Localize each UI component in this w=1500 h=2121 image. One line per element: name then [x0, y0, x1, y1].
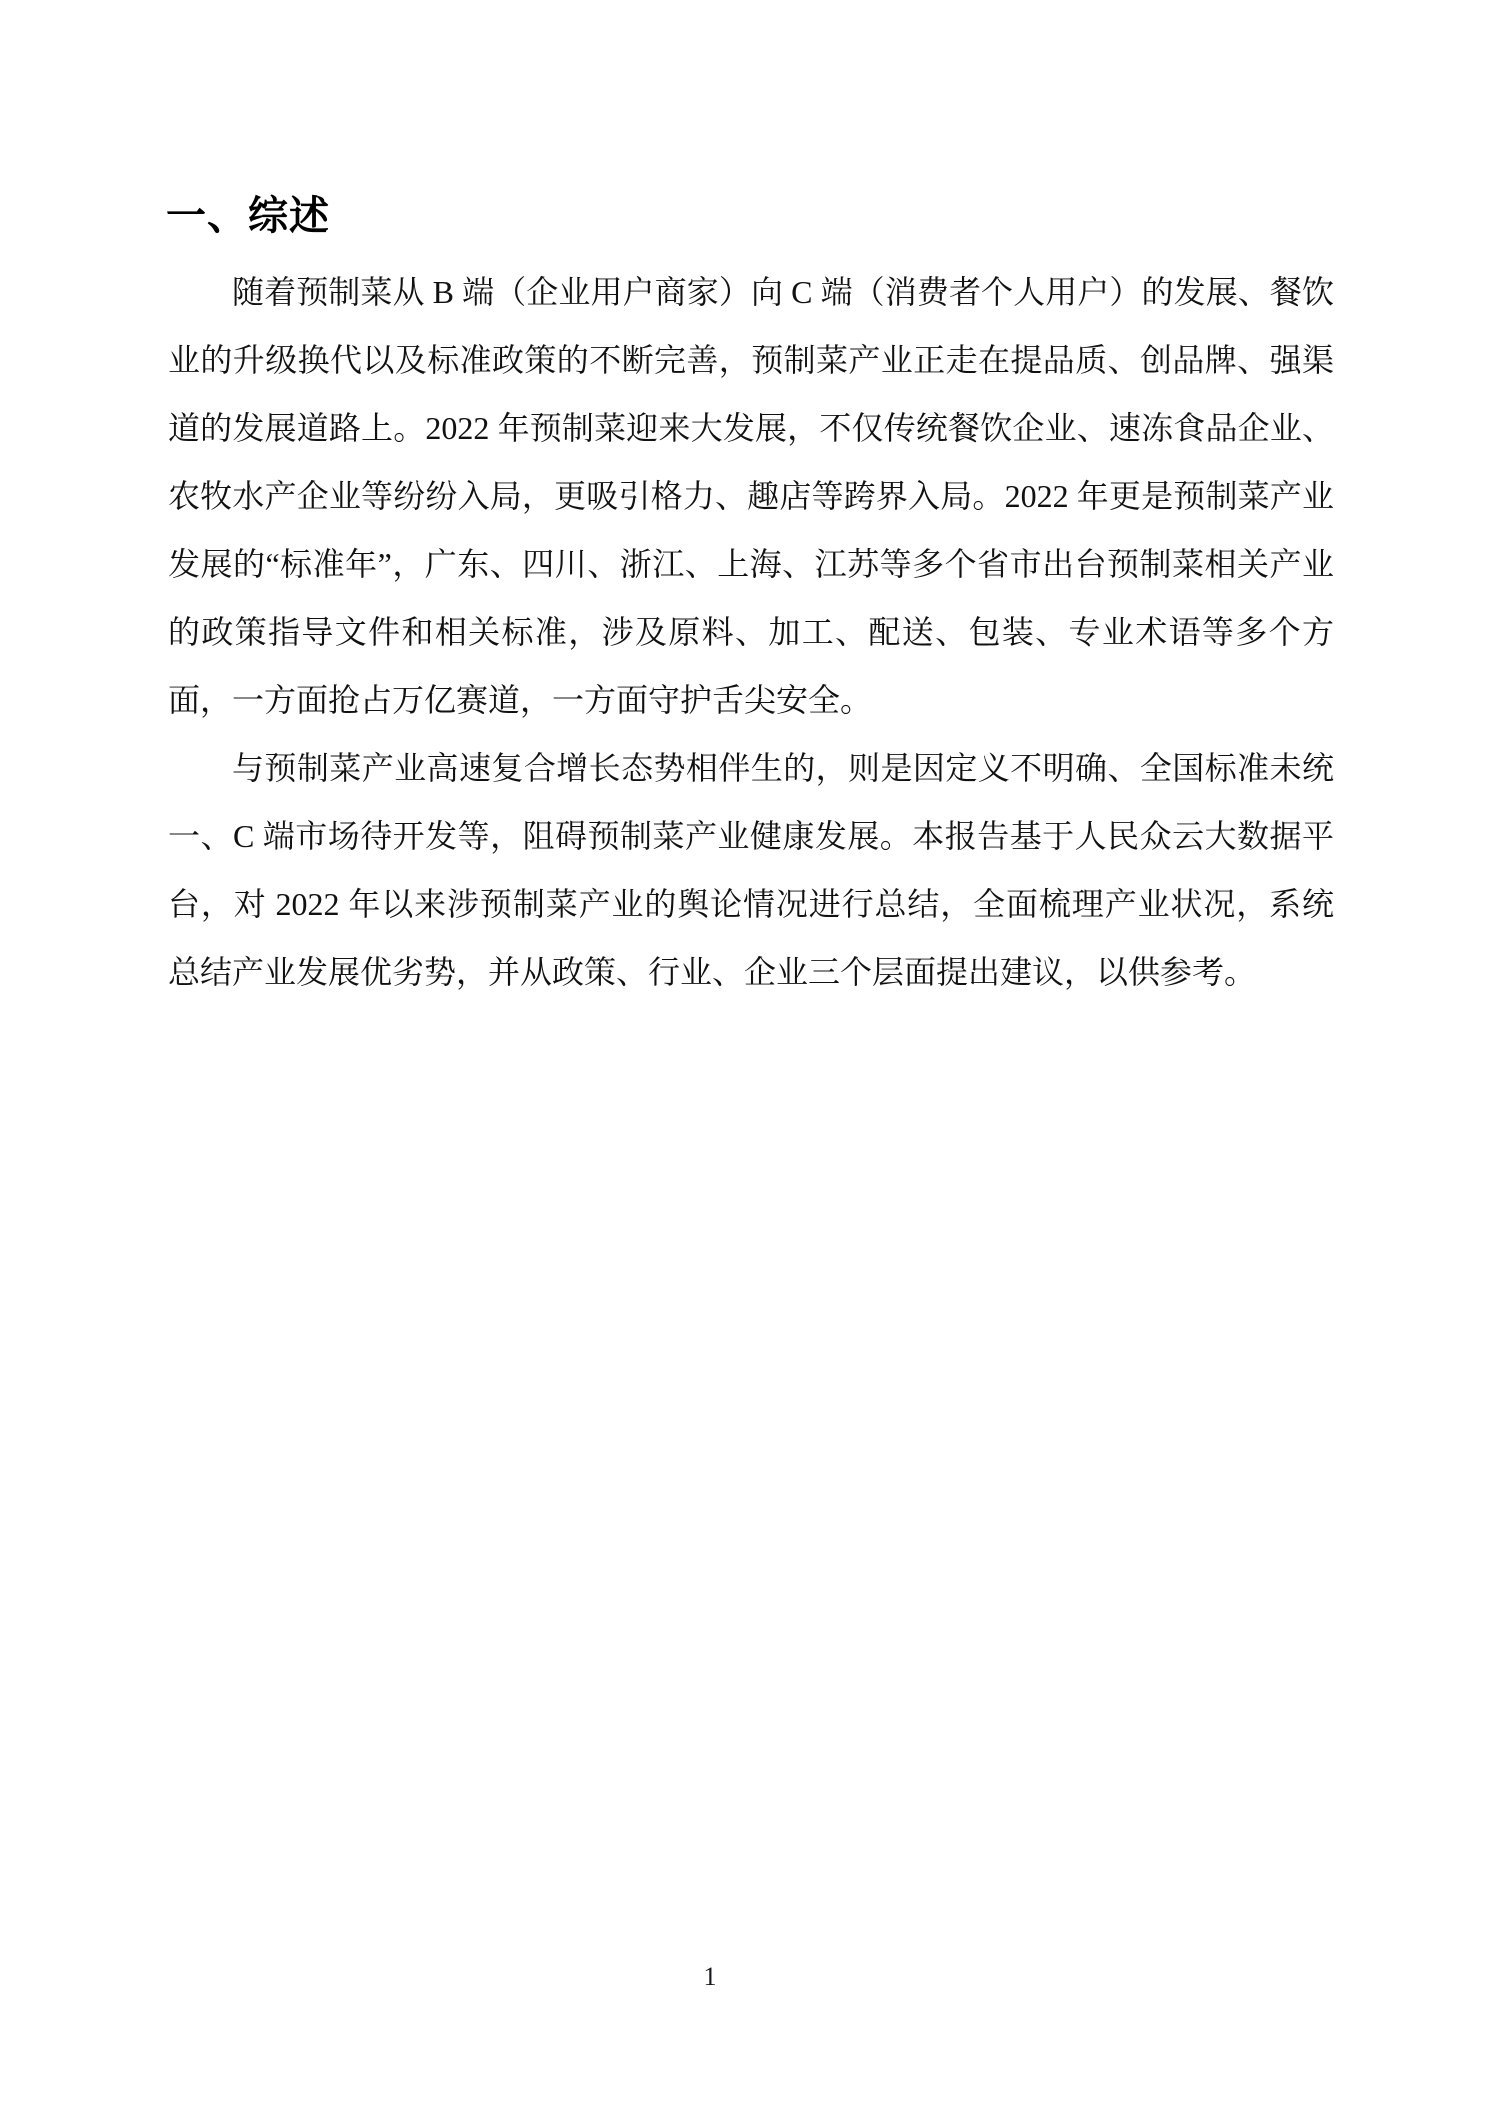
paragraph-overview-1: 随着预制菜从 B 端（企业用户商家）向 C 端（消费者个人用户）的发展、餐饮业的… — [168, 258, 1334, 734]
section-heading: 一、综述 — [166, 192, 330, 240]
document-page: 一、综述 随着预制菜从 B 端（企业用户商家）向 C 端（消费者个人用户）的发展… — [0, 0, 1500, 2121]
page-number: 1 — [704, 1962, 717, 1991]
body-text: 随着预制菜从 B 端（企业用户商家）向 C 端（消费者个人用户）的发展、餐饮业的… — [168, 258, 1334, 1006]
paragraph-overview-2: 与预制菜产业高速复合增长态势相伴生的，则是因定义不明确、全国标准未统一、C 端市… — [168, 734, 1334, 1006]
page-footer: 1 — [0, 1962, 1420, 1992]
